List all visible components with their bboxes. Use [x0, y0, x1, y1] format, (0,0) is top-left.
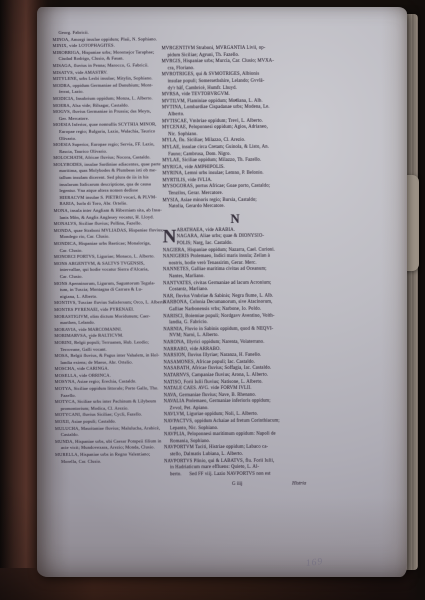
text-line: Europae regio; Bulgaria, Lazio, Walachia… — [53, 128, 163, 135]
ink-speck — [235, 99, 237, 101]
book-page: Georg. Fabricii.MINOA, Amorgi insulae op… — [37, 7, 407, 577]
text-line: MOGVS, fluvius Germaniae in Prussia; das… — [53, 108, 163, 115]
right-column: MVRGENTIVM Straboni, MVRGANTIA Livii, op… — [161, 45, 310, 489]
text-block: Georg. Fabricii.MINOA, Amorgi insulae op… — [35, 6, 408, 578]
text-line: POLIS; Narg, Iac. Castaldo. — [163, 241, 309, 248]
text-line: berto. Sed FF viij. Lazio NAVPORTVS non … — [164, 471, 310, 478]
text-line: MOESIA Superior, Europae regio; Servia, … — [53, 141, 163, 148]
signature-row: G iiijHistria — [164, 481, 310, 490]
text-line: intervallae, qui hodie vocatur Sierra d'… — [54, 267, 164, 274]
left-column: Georg. Fabricii.MINOA, Amorgi insulae op… — [52, 29, 165, 465]
text-line: Morella, Car. Clusio. — [55, 458, 165, 465]
section-heading-n: N — [163, 210, 309, 228]
text-line: MORINI, Belgii populi; Terruanen, Hub. L… — [54, 339, 164, 346]
ink-speck — [89, 337, 91, 339]
text-line: MURELLA, Hispaniae urbs in Regno Valenti… — [55, 451, 165, 458]
folio-number: 169 — [305, 557, 323, 569]
text-line: MOTYA, Siciliae oppidum littorale; Porto… — [55, 385, 165, 392]
text-line: MONDICA, Hispaniae urbs Baeticae; Monalo… — [54, 240, 164, 247]
text-line: MISAGA, fluvius in Penna; Marocco, G. Fa… — [53, 62, 163, 69]
catchword: Histria — [292, 481, 306, 489]
text-line: MOSA, Belgii fluvius, & Pagus inter Vaha… — [54, 352, 164, 359]
photo-background: Georg. Fabricii.MINOA, Amorgi insulae op… — [0, 0, 425, 600]
gathering-signature: G iiij — [232, 482, 242, 487]
text-line: MODICIA, Insubrium oppidum; Monza, L. Al… — [53, 95, 163, 102]
